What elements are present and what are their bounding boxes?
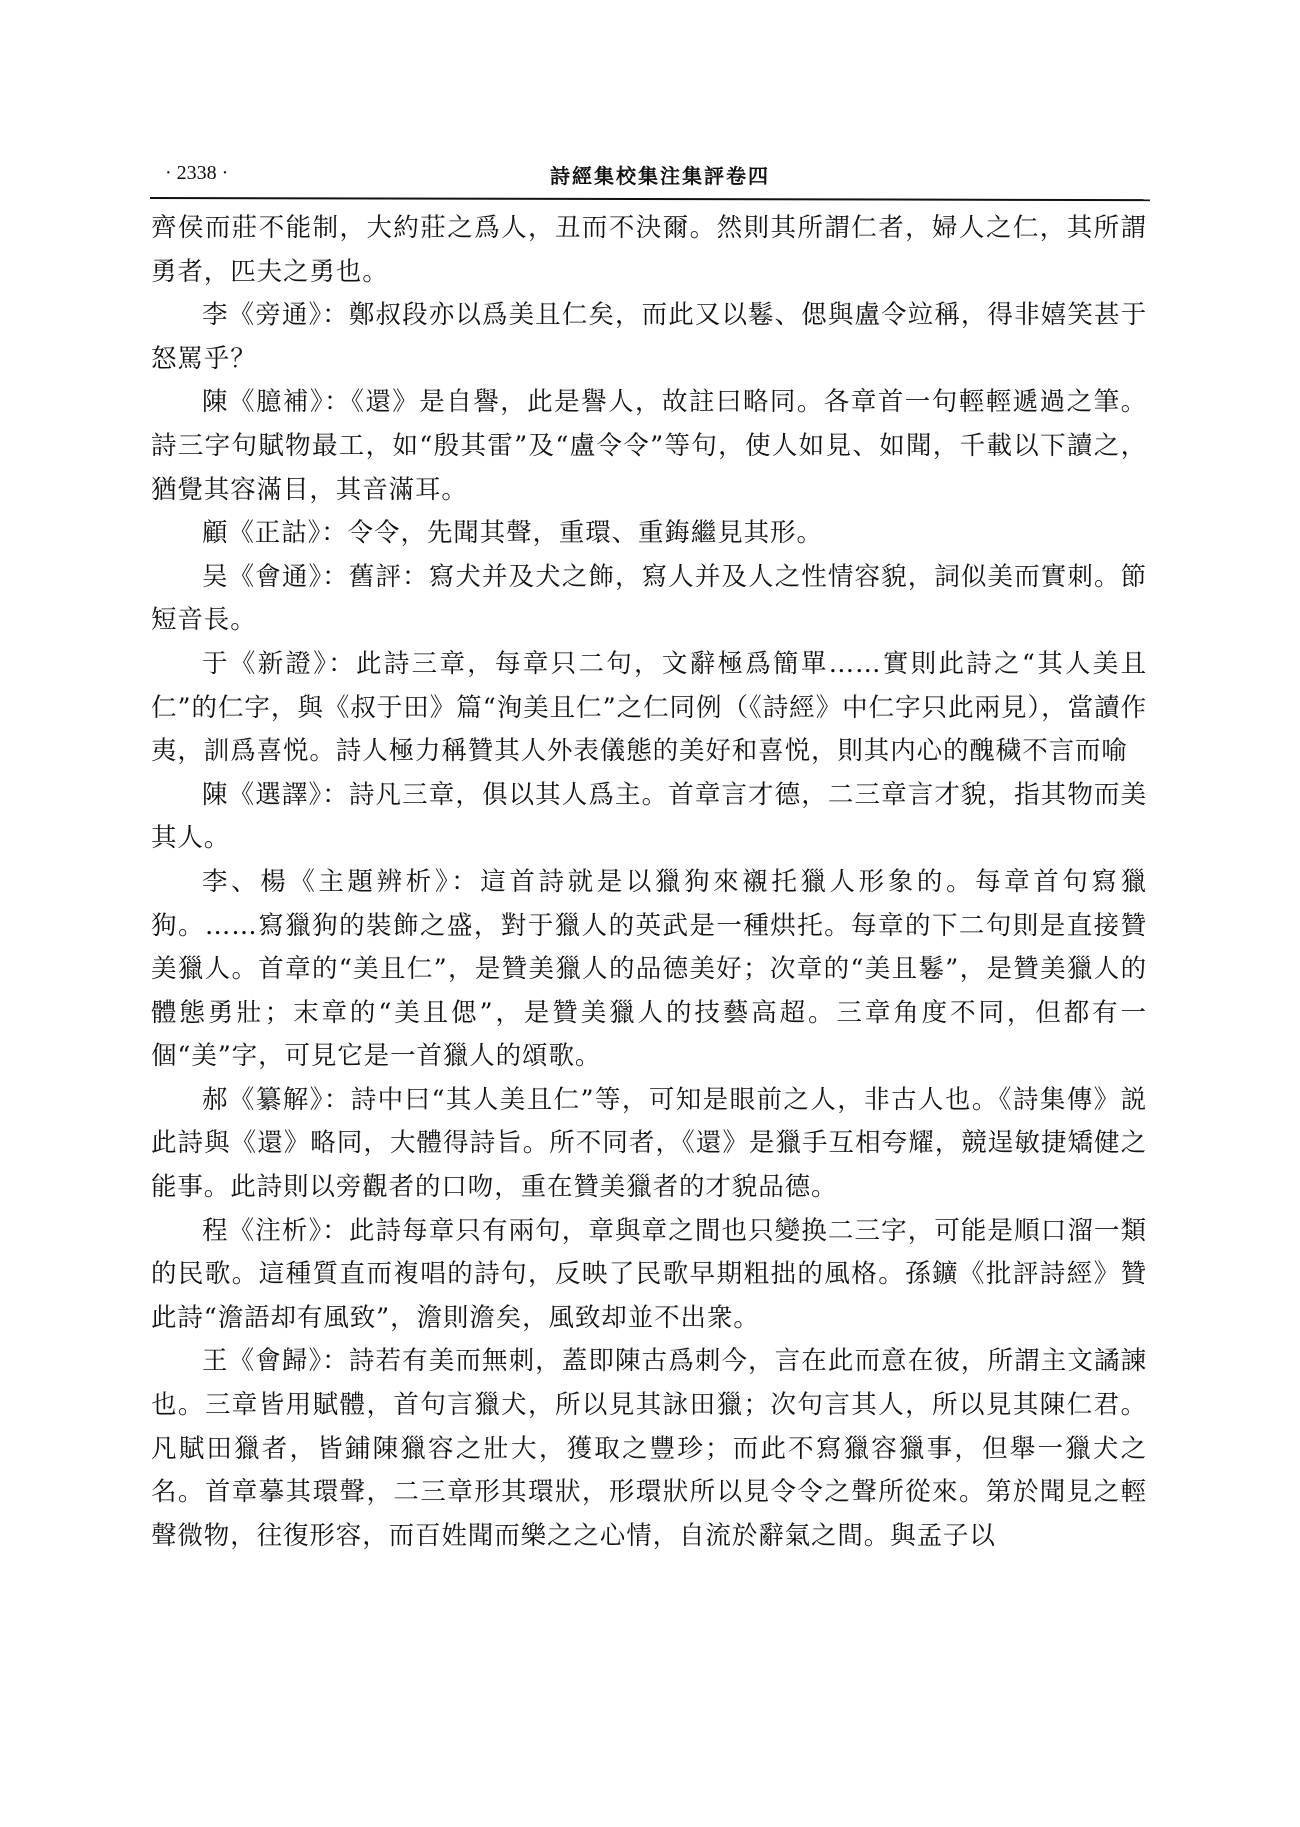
paragraph: 李《旁通》：鄭叔段亦以爲美且仁矣，而此又以鬈、偲與盧令竝稱，得非嬉笑甚于怒罵乎？ xyxy=(151,294,1147,381)
paragraph: 陳《臆補》：《還》是自譽，此是譽人，故註曰略同。各章首一句輕輕遞過之筆。詩三字句… xyxy=(151,381,1147,512)
paragraph: 郝《纂解》：詩中曰“其人美且仁”等，可知是眼前之人，非古人也。《詩集傳》説此詩與… xyxy=(151,1079,1147,1210)
paragraph: 顧《正詁》：令令，先聞其聲，重環、重鋂繼見其形。 xyxy=(151,512,1147,556)
paragraph: 王《會歸》：詩若有美而無刺，蓋即陳古爲刺今，言在此而意在彼，所謂主文譎諫也。三章… xyxy=(151,1340,1147,1558)
running-head: · 2338 · 詩經集校集注集評卷四 xyxy=(165,160,1150,190)
header-rule xyxy=(150,197,1150,201)
paragraph: 李、楊《主題辨析》：這首詩就是以獵狗來襯托獵人形象的。每章首句寫獵狗。……寫獵狗… xyxy=(151,861,1147,1079)
book-page: · 2338 · 詩經集校集注集評卷四 齊侯而莊不能制，大約莊之爲人，丑而不決爾… xyxy=(0,0,1300,1827)
scan-speck xyxy=(765,535,767,537)
paragraph: 吴《會通》：舊評：寫犬并及犬之飾，寫人并及人之性情容貌，詞似美而實刺。節短音長。 xyxy=(151,556,1147,643)
paragraph: 齊侯而莊不能制，大約莊之爲人，丑而不決爾。然則其所謂仁者，婦人之仁，其所謂勇者，… xyxy=(151,207,1147,294)
scan-speck xyxy=(155,615,158,618)
page-number: · 2338 · xyxy=(165,162,228,185)
paragraph: 于《新證》：此詩三章，每章只二句，文辭極爲簡單……實則此詩之“其人美且仁”的仁字… xyxy=(151,643,1147,774)
paragraph: 陳《選譯》：詩凡三章，俱以其人爲主。首章言才德，二三章言才貌，指其物而美其人。 xyxy=(151,774,1147,861)
book-title: 詩經集校集注集評卷四 xyxy=(540,160,780,189)
paragraph: 程《注析》：此詩每章只有兩句，章與章之間也只變换二三字，可能是順口溜一類的民歌。… xyxy=(151,1210,1147,1341)
commentary-body: 齊侯而莊不能制，大約莊之爲人，丑而不決爾。然則其所謂仁者，婦人之仁，其所謂勇者，… xyxy=(151,207,1147,1558)
